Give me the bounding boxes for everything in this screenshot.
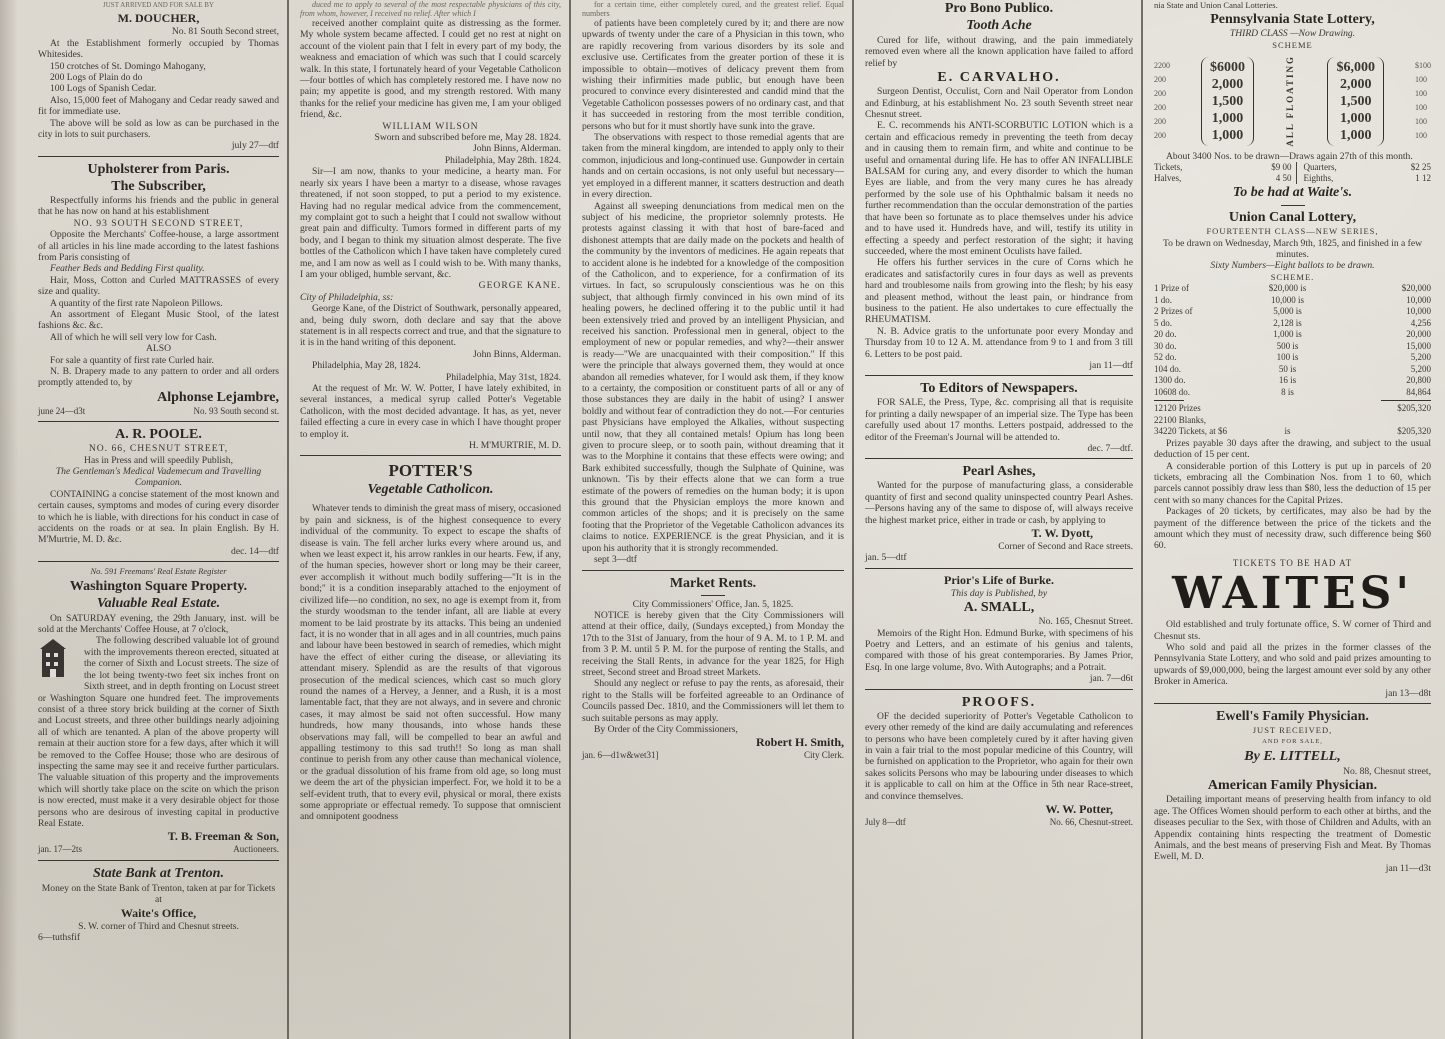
- prize: $6000: [1210, 59, 1245, 76]
- ad-body: Feather Beds and Bedding First quality.: [38, 263, 279, 274]
- ad-title: Pearl Ashes,: [865, 463, 1133, 480]
- ad-body: Wanted for the purpose of manufacturing …: [865, 480, 1133, 526]
- number: 200: [1154, 73, 1170, 87]
- ad-title: Upholsterer from Paris.: [38, 161, 279, 178]
- prize: 1,000: [1210, 127, 1245, 144]
- column-rule-4: [1141, 0, 1143, 1039]
- ad-signature: Robert H. Smith,: [582, 735, 844, 750]
- article-lead: for a certain time, either completely cu…: [582, 0, 844, 18]
- ad-body: Prizes payable 30 days after the drawing…: [1154, 438, 1431, 461]
- ad-kicker: Pro Bono Publico.: [865, 0, 1133, 17]
- ad-body: Cured for life, without drawing, and the…: [865, 35, 1133, 69]
- ad-subtitle: AND FOR SALE,: [1154, 736, 1431, 747]
- ad-burke: Prior's Life of Burke. This day is Publi…: [865, 573, 1133, 685]
- scheme-row: 1 Prize of$20,000 is$20,000: [1154, 283, 1431, 295]
- ad-date: jan 11—dtf: [865, 360, 1133, 371]
- ad-upholsterer: Upholsterer from Paris. The Subscriber, …: [38, 161, 279, 417]
- ad-address: S. W. corner of Third and Chesnut street…: [38, 921, 279, 932]
- ad-waites: TICKETS TO BE HAD AT WAITES' Old establi…: [1154, 558, 1431, 699]
- ad-market-rents: Market Rents. City Commissioners' Office…: [582, 575, 844, 762]
- all-floating-label: ALL FLOATING: [1285, 55, 1296, 147]
- ad-body: Hair, Moss, Cotton and Curled MATTRASSES…: [38, 275, 279, 298]
- ad-body: Sixty Numbers—Eight ballots to be drawn.: [1154, 260, 1431, 271]
- ad-title: Tooth Ache: [865, 17, 1133, 35]
- ad-signature: W. W. Potter,: [865, 802, 1133, 817]
- ad-body: By Order of the City Commissioners,: [582, 724, 844, 735]
- ad-title: M. DOUCHER,: [38, 11, 279, 26]
- prize: 1,000: [1336, 127, 1375, 144]
- ad-publisher: By E. LITTELL,: [1154, 748, 1431, 766]
- article-body: Whatever tends to diminish the great mas…: [300, 503, 561, 822]
- prize: 2,000: [1336, 76, 1375, 93]
- dateline: Philadelphia, May 28, 1824.: [300, 360, 561, 371]
- ad-carvalho: Pro Bono Publico. Tooth Ache Cured for l…: [865, 0, 1133, 371]
- ad-body: Respectfully informs his friends and the…: [38, 195, 279, 218]
- price: 4 50: [1242, 173, 1292, 184]
- divider: [865, 568, 1133, 569]
- alderman-line: John Binns, Alderman.: [300, 349, 561, 360]
- ad-washington-square: No. 591 Freemans' Real Estate Register W…: [38, 566, 279, 856]
- divider: [865, 689, 1133, 690]
- price-row: Tickets, $9 00 Quarters, $2 25: [1154, 162, 1431, 173]
- ad-date: jan. 6—d1w&wet31]: [582, 750, 659, 761]
- scheme-tickets-row: 34220 Tickets, at $6is$205,320: [1154, 426, 1431, 438]
- ad-body: Opposite the Merchants' Coffee-house, a …: [38, 229, 279, 263]
- ad-body: N. B. Advice gratis to the unfortunate p…: [865, 326, 1133, 360]
- article-body: of patients have been completely cured b…: [582, 18, 844, 132]
- ad-body: OF the decided superiority of Potter's V…: [865, 711, 1133, 802]
- divider: [38, 860, 279, 861]
- column-5: nia State and Union Canal Lotteries. Pen…: [1146, 0, 1445, 1039]
- divider: [300, 455, 561, 456]
- ad-ewell: Ewell's Family Physician. JUST RECEIVED,…: [1154, 708, 1431, 874]
- ad-signature: Alphonse Lejambre,: [38, 389, 279, 406]
- dateline: Philadelphia, May 31st, 1824.: [300, 372, 561, 383]
- price-label: Quarters,: [1304, 162, 1392, 173]
- column-3: for a certain time, either completely cu…: [574, 0, 852, 1039]
- ad-book-title: American Family Physician.: [1154, 777, 1431, 794]
- lottery-class: THIRD CLASS —Now Drawing.: [1154, 28, 1431, 39]
- lottery-class: FOURTEENTH CLASS—New Series,: [1154, 226, 1431, 237]
- ad-date: jan 13—d8t: [1154, 688, 1431, 699]
- number: 200: [1154, 101, 1170, 115]
- prize: 1,000: [1210, 110, 1245, 127]
- divider: [865, 375, 1133, 376]
- ad-address: No. 88, Chesnut street,: [1154, 766, 1431, 777]
- signature: H. M'MURTRIE, M. D.: [300, 440, 561, 451]
- number: 100: [1415, 129, 1431, 143]
- lottery-prize-table: 2200 200 200 200 200 200 $6000 2,000 1,5…: [1154, 55, 1431, 147]
- ad-doucher: JUST ARRIVED AND FOR SALE BY M. DOUCHER,…: [38, 0, 279, 152]
- ad-body: A considerable portion of this Lottery i…: [1154, 461, 1431, 507]
- scheme-row: 20 do.1,000 is20,000: [1154, 329, 1431, 341]
- ad-address: NO. 66, CHESNUT STREET,: [38, 443, 279, 454]
- ad-date: 6—tuthsfif: [38, 932, 279, 943]
- ad-footer: To be had at Waite's.: [1154, 184, 1431, 202]
- scheme-row: 30 do.500 is15,000: [1154, 341, 1431, 353]
- ad-address: No. 81 South Second street,: [38, 26, 279, 37]
- ad-address: No. 93 South second st.: [194, 406, 280, 417]
- ad-date: dec. 7—dtf.: [865, 443, 1133, 454]
- left-numbers: 2200 200 200 200 200 200: [1154, 59, 1170, 143]
- ad-kicker: nia State and Union Canal Lotteries.: [1154, 0, 1431, 11]
- ad-proofs: PROOFS. OF the decided superiority of Po…: [865, 694, 1133, 829]
- ad-body: Memoirs of the Right Hon. Edmund Burke, …: [865, 628, 1133, 674]
- ad-book-title: The Gentleman's Medical Vademecum and Tr…: [38, 466, 279, 489]
- number: 200: [1154, 87, 1170, 101]
- ad-date: jan. 5—dtf: [865, 552, 1133, 563]
- ad-body: Packages of 20 tickets, by certificates,…: [1154, 506, 1431, 552]
- ad-address: NO. 93 SOUTH SECOND STREET,: [38, 218, 279, 229]
- article-date: sept 3—dtf: [582, 554, 844, 565]
- scheme-row: 1 do.10,000 is10,000: [1154, 295, 1431, 307]
- ad-title-waites: WAITES': [1154, 569, 1431, 619]
- prize: 1,500: [1210, 93, 1245, 110]
- ad-item: 150 crotches of St. Domingo Mahogany,: [38, 61, 279, 72]
- dateline: Philadelphia, May 28th. 1824.: [300, 155, 561, 166]
- ad-title: PROOFS.: [865, 694, 1133, 711]
- ad-title: Market Rents.: [582, 575, 844, 592]
- price-label: Tickets,: [1154, 162, 1242, 173]
- ad-date: dec. 14—dtf: [38, 546, 279, 557]
- ad-poole: A. R. POOLE. NO. 66, CHESNUT STREET, Has…: [38, 426, 279, 557]
- ad-subtitle: JUST RECEIVED,: [1154, 725, 1431, 736]
- city-line: City of Philadelphia, ss:: [300, 292, 561, 303]
- ad-body: Old established and truly fortunate offi…: [1154, 619, 1431, 642]
- number: 100: [1415, 115, 1431, 129]
- ad-subtitle: Valuable Real Estate.: [38, 595, 279, 613]
- article-lead: duced me to apply to several of the most…: [300, 0, 561, 18]
- price: 1 12: [1391, 173, 1431, 184]
- ad-office: Waite's Office,: [38, 906, 279, 921]
- ad-title: State Bank at Trenton.: [38, 865, 279, 883]
- ad-body: All of which he will sell very low for C…: [38, 332, 279, 343]
- testimonial-kane: Philadelphia, May 28th. 1824. Sir—I am n…: [300, 155, 561, 372]
- ad-title: Washington Square Property.: [38, 578, 279, 595]
- article-subtitle: Vegetable Catholicon.: [300, 481, 561, 499]
- ad-role: City Clerk.: [804, 750, 844, 761]
- scheme-blanks-row: 22100 Blanks,: [1154, 415, 1431, 427]
- number: 100: [1415, 87, 1431, 101]
- page-edge-stain: [0, 0, 18, 1039]
- column-2: duced me to apply to several of the most…: [292, 0, 569, 1039]
- price: $2 25: [1391, 162, 1431, 173]
- prize: 1,000: [1336, 110, 1375, 127]
- short-rule: [701, 595, 725, 596]
- ad-date: july 27—dtf: [38, 140, 279, 151]
- ad-date: june 24—d3t: [38, 406, 85, 417]
- ad-subtitle: The Subscriber,: [38, 178, 279, 195]
- ad-body: He offers his further services in the cu…: [865, 257, 1133, 325]
- divider: [38, 561, 279, 562]
- ad-pearl-ashes: Pearl Ashes, Wanted for the purpose of m…: [865, 463, 1133, 563]
- ad-body: N. B. Drapery made to any pattern to ord…: [38, 366, 279, 389]
- ad-body: CONTAINING a concise statement of the mo…: [38, 489, 279, 546]
- ad-address: No. 66, Chesnut-street.: [1050, 817, 1133, 828]
- ad-editors: To Editors of Newspapers. FOR SALE, the …: [865, 380, 1133, 454]
- signature: GEORGE KANE.: [300, 280, 561, 291]
- article-body: George Kane, of the District of Southwar…: [300, 303, 561, 349]
- ad-publisher: A. SMALL,: [865, 599, 1133, 616]
- ad-body: An assortment of Elegant Music Stool, of…: [38, 309, 279, 332]
- ad-title: Prior's Life of Burke.: [865, 573, 1133, 588]
- ad-body: FOR SALE, the Press, Type, &c. comprisin…: [865, 397, 1133, 443]
- ad-title: Ewell's Family Physician.: [1154, 708, 1431, 725]
- ad-item: 100 Logs of Spanish Cedar.: [38, 83, 279, 94]
- ad-body: Should any neglect or refuse to pay the …: [582, 678, 844, 724]
- prizes-column-a: $6000 2,000 1,500 1,000 1,000: [1201, 57, 1254, 146]
- scheme-label: SCHEME.: [1154, 272, 1431, 283]
- scheme-total-row: 12120 Prizes$205,320: [1154, 403, 1431, 415]
- article-body: At the request of Mr. W. W. Potter, I ha…: [300, 383, 561, 440]
- ad-date: July 8—dtf: [865, 817, 906, 828]
- number: 100: [1415, 73, 1431, 87]
- ad-address: No. 165, Chesnut Street.: [865, 616, 1133, 627]
- prize: 1,500: [1336, 93, 1375, 110]
- dateline: City Commissioners' Office, Jan. 5, 1825…: [582, 599, 844, 610]
- column-rule-2: [569, 0, 571, 1039]
- signature: WILLIAM WILSON: [300, 121, 561, 132]
- ad-role: Auctioneers.: [233, 844, 279, 855]
- ad-kicker: No. 591 Freemans' Real Estate Register: [38, 566, 279, 577]
- scheme-row: 52 do.100 is5,200: [1154, 352, 1431, 364]
- testimonial-mcmurtrie: Philadelphia, May 31st, 1824. At the req…: [300, 372, 561, 452]
- ad-union-canal-lottery: Union Canal Lottery, FOURTEENTH CLASS—Ne…: [1154, 209, 1431, 552]
- prizes-column-b: $6,000 2,000 1,500 1,000 1,000: [1327, 57, 1384, 146]
- scheme-row: 5 do.2,128 is4,256: [1154, 318, 1431, 330]
- divider: [38, 156, 279, 157]
- ad-body: At the Establishment formerly occupied b…: [38, 38, 279, 61]
- prize: 2,000: [1210, 76, 1245, 93]
- scheme-row: 1300 do.16 is20,800: [1154, 375, 1431, 387]
- number: 2200: [1154, 59, 1170, 73]
- ad-date: jan. 17—2ts: [38, 844, 82, 855]
- number: 100: [1415, 101, 1431, 115]
- number: $100: [1415, 59, 1431, 73]
- divider: [865, 458, 1133, 459]
- article-body: The observations with respect to those r…: [582, 132, 844, 200]
- column-4: Pro Bono Publico. Tooth Ache Cured for l…: [857, 0, 1141, 1039]
- divider: [38, 421, 279, 422]
- ad-item: 200 Logs of Plain do do: [38, 72, 279, 83]
- ad-signature: T. B. Freeman & Son,: [38, 829, 279, 844]
- scheme-label: SCHEME: [1154, 40, 1431, 51]
- ad-also: ALSO: [38, 343, 279, 354]
- price: $9 00: [1242, 162, 1292, 173]
- prize: $6,000: [1336, 59, 1375, 76]
- scheme-row: 10608 do.8 is84,864: [1154, 387, 1431, 399]
- article-title: POTTER'S: [300, 460, 561, 481]
- ad-title: A. R. POOLE.: [38, 426, 279, 443]
- ad-body: E. C. recommends his ANTI-SCORBUTIC LOTI…: [865, 120, 1133, 257]
- ad-date: jan 11—d3t: [1154, 863, 1431, 874]
- price-row: Halves, 4 50 Eighths, 1 12: [1154, 173, 1431, 184]
- scheme-row: 2 Prizes of5,000 is10,000: [1154, 306, 1431, 318]
- ad-body: For sale a quantity of first rate Curled…: [38, 355, 279, 366]
- article-catholicon-continued: for a certain time, either completely cu…: [582, 0, 844, 566]
- ad-signature: T. W. Dyott,: [865, 526, 1133, 541]
- ad-body: Who sold and paid all the prizes in the …: [1154, 642, 1431, 688]
- column-rule-1: [287, 0, 289, 1039]
- article-body: Against all sweeping denunciations from …: [582, 201, 844, 555]
- short-rule: [1281, 205, 1305, 206]
- newspaper-page: JUST ARRIVED AND FOR SALE BY M. DOUCHER,…: [0, 0, 1445, 1039]
- ad-body: Also, 15,000 feet of Mahogany and Cedar …: [38, 95, 279, 118]
- divider: [582, 570, 844, 571]
- article-body: received another complaint quite as dist…: [300, 18, 561, 121]
- ad-pa-state-lottery: nia State and Union Canal Lotteries. Pen…: [1154, 0, 1431, 202]
- ad-date: jan. 7—d6t: [865, 673, 1133, 684]
- sworn-line: Sworn and subscribed before me, May 28. …: [300, 132, 561, 143]
- ad-body: Has in Press and will speedily Publish,: [38, 455, 279, 466]
- column-1: JUST ARRIVED AND FOR SALE BY M. DOUCHER,…: [30, 0, 287, 1039]
- scheme-table: 1 Prize of$20,000 is$20,000 1 do.10,000 …: [1154, 283, 1431, 438]
- ad-body: Surgeon Dentist, Occulist, Corn and Nail…: [865, 86, 1133, 120]
- house-icon: [38, 637, 78, 679]
- article-potters-catholicon: POTTER'S Vegetable Catholicon. Whatever …: [300, 460, 561, 822]
- price-label: Halves,: [1154, 173, 1242, 184]
- ad-body: On SATURDAY evening, the 29th January, i…: [38, 613, 279, 636]
- ad-body: Money on the State Bank of Trenton, take…: [38, 883, 279, 906]
- ad-body: The above will be sold as low as can be …: [38, 118, 279, 141]
- ad-kicker: JUST ARRIVED AND FOR SALE BY: [38, 0, 279, 11]
- ad-body: A quantity of the first rate Napoleon Pi…: [38, 298, 279, 309]
- number: 200: [1154, 129, 1170, 143]
- ad-subtitle: This day is Published, by: [865, 588, 1133, 599]
- scheme-row: 104 do.50 is5,200: [1154, 364, 1431, 376]
- divider: [1154, 703, 1431, 704]
- column-rule-3: [852, 0, 854, 1039]
- ad-body: To be drawn on Wednesday, March 9th, 182…: [1154, 238, 1431, 261]
- ad-title: Pennsylvania State Lottery,: [1154, 11, 1431, 28]
- number: 200: [1154, 115, 1170, 129]
- ad-name: E. CARVALHO.: [865, 69, 1133, 86]
- price-label: Eighths,: [1304, 173, 1392, 184]
- article-body: Sir—I am now, thanks to your medicine, a…: [300, 166, 561, 280]
- ad-title: Union Canal Lottery,: [1154, 209, 1431, 226]
- right-numbers: $100 100 100 100 100 100: [1415, 59, 1431, 143]
- alderman-line: John Binns, Alderman.: [300, 143, 561, 154]
- ad-title: To Editors of Newspapers.: [865, 380, 1133, 397]
- ad-address: Corner of Second and Race streets.: [865, 541, 1133, 552]
- ad-trenton: State Bank at Trenton. Money on the Stat…: [38, 865, 279, 944]
- testimonial-wilson: duced me to apply to several of the most…: [300, 0, 561, 155]
- lottery-note: About 3400 Nos. to be drawn—Draws again …: [1154, 151, 1431, 162]
- ad-body: Detailing important means of preserving …: [1154, 794, 1431, 862]
- ad-body: NOTICE is hereby given that the City Com…: [582, 610, 844, 678]
